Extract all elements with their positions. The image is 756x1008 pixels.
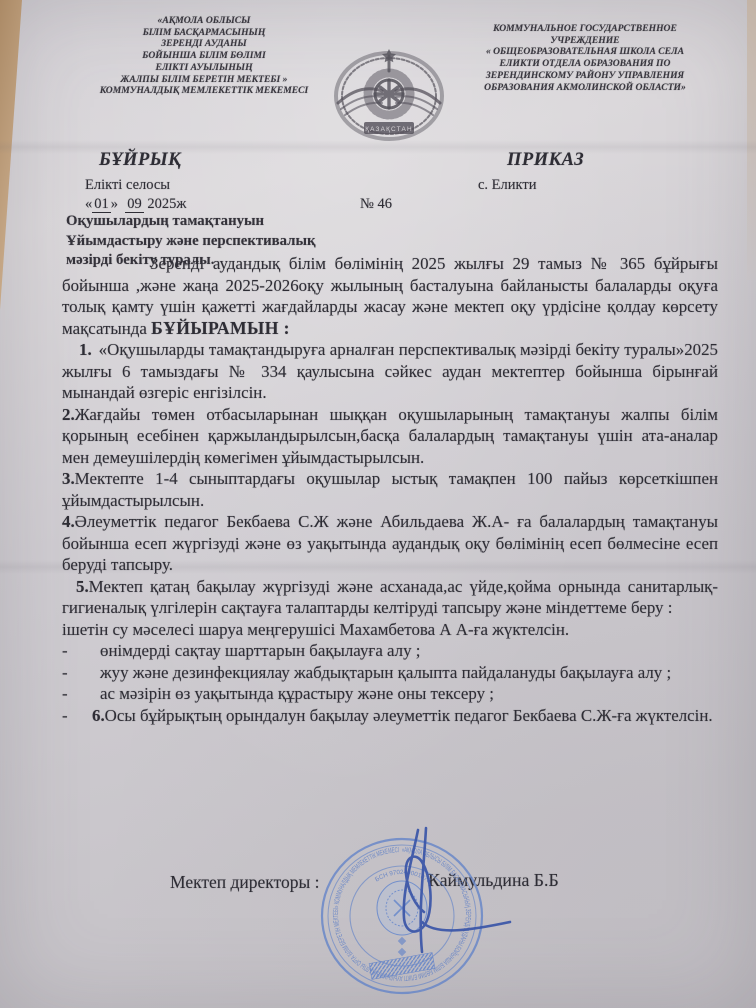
command-word: БҰЙЫРАМЫН : [151, 318, 290, 338]
order-item-1: 1.«Оқушыларды тамақтандыруға арналған пе… [62, 339, 718, 404]
org-line: ЗЕРЕНДИНСКОМУ РАЙОНУ УПРАВЛЕНИЯ [442, 70, 728, 82]
org-line: «АҚМОЛА ОБЛЫСЫ [58, 15, 350, 27]
item-number: 2. [62, 405, 75, 424]
item-number: 5. [76, 577, 89, 596]
dash-item-2: -жуу және дезинфекциялау жабдықтарын қал… [62, 662, 718, 684]
item-number: 3. [62, 469, 75, 488]
intro-paragraph: Зеренді аудандық білім бөлімінің 2025 жы… [62, 253, 718, 339]
kazakhstan-emblem-icon: ҚАЗАҚСТАН [330, 46, 448, 144]
subject-line: Ұйымдастыру және перспективалық [66, 232, 316, 252]
order-date: «01» 09 2025ж [85, 196, 186, 213]
dash-item-1: -өнімдерді сақтау шарттарын бақылауға ал… [62, 640, 718, 662]
order-title-ru: ПРИКАЗ [507, 150, 584, 171]
org-line: ЕЛІКТІ АУЫЛЫНЫҢ [58, 62, 350, 74]
item-text: «Оқушыларды тамақтандыруға арналған перс… [62, 340, 718, 402]
place-kk: Елікті селосы [85, 177, 170, 194]
subject-line: Оқушылардың тамақтануын [66, 212, 316, 232]
signature-role-label: Мектеп директоры : [170, 872, 320, 893]
org-line: БІЛІМ БАСҚАРМАСЫНЫҢ [58, 27, 350, 39]
date-day: 01 [92, 196, 111, 213]
org-line: ЕЛИКТИ ОТДЕЛА ОБРАЗОВАНИЯ ПО [442, 58, 728, 70]
dash-text: жуу және дезинфекциялау жабдықтарын қалы… [100, 663, 671, 682]
org-name-russian: КОММУНАЛЬНОЕ ГОСУДАРСТВЕННОЕ УЧРЕЖДЕНИЕ … [442, 15, 728, 97]
order-item-3: 3.Мектепте 1-4 сыныптардағы оқушылар ыст… [62, 468, 718, 511]
dash-bullet: - [62, 683, 100, 705]
org-line: « ОБЩЕОБРАЗОВАТЕЛЬНАЯ ШКОЛА СЕЛА [442, 46, 728, 58]
item-number: 6. [92, 706, 105, 725]
order-item-6: -6.Осы бұйрықтың орындалун бақылау әлеум… [62, 705, 718, 727]
order-body: Зеренді аудандық білім бөлімінің 2025 жы… [62, 253, 718, 726]
item-number: 4. [62, 512, 75, 531]
item-text: Мектеп қатаң бақылау жүргізуді және асха… [62, 577, 718, 618]
desk-surface-edge-left [0, 0, 22, 310]
date-year: 2025ж [147, 196, 186, 212]
quote-close: » [111, 196, 118, 212]
order-title-kk: БҰЙРЫҚ [99, 150, 181, 171]
dash-bullet: - [62, 640, 100, 662]
org-line: КОММУНАЛДЫҚ МЕМЛЕКЕТТІК МЕКЕМЕСІ [58, 85, 350, 97]
dash-text: өнімдерді сақтау шарттарын бақылауға алу… [100, 641, 420, 660]
desk-surface-edge-right [747, 0, 756, 280]
date-month: 09 [125, 196, 144, 213]
org-line: ОБРАЗОВАНИЯ АКМОЛИНСКОЙ ОБЛАСТИ» [442, 82, 728, 94]
signature-ink [332, 826, 542, 976]
org-line: ЖАЛПЫ БІЛІМ БЕРЕТІН МЕКТЕБІ » [58, 74, 350, 86]
item-text: Жағдайы төмен отбасыларынан шыққан оқушы… [62, 405, 718, 467]
dash-text: ас мәзірін өз уақытында құрастыру және о… [100, 684, 494, 703]
order-item-4: 4.Әлеуметтік педагог Бекбаева С.Ж және А… [62, 511, 718, 576]
order-item-2: 2.Жағдайы төмен отбасыларынан шыққан оқу… [62, 404, 718, 469]
item-text: Әлеуметтік педагог Бекбаева С.Ж және Аби… [62, 512, 718, 574]
item-text: Мектепте 1-4 сыныптардағы оқушылар ыстық… [62, 469, 718, 510]
org-line: КОММУНАЛЬНОЕ ГОСУДАРСТВЕННОЕ [442, 23, 728, 35]
org-line: УЧРЕЖДЕНИЕ [442, 35, 728, 47]
org-name-kazakh: «АҚМОЛА ОБЛЫСЫ БІЛІМ БАСҚАРМАСЫНЫҢ ЗЕРЕН… [58, 15, 350, 97]
org-line: БОЙЫНША БІЛІМ БӨЛІМІ [58, 50, 350, 62]
place-ru: с. Еликти [478, 177, 537, 194]
document-photo: «АҚМОЛА ОБЛЫСЫ БІЛІМ БАСҚАРМАСЫНЫҢ ЗЕРЕН… [0, 0, 756, 1008]
dash-item-3: -ас мәзірін өз уақытында құрастыру және … [62, 683, 718, 705]
dash-bullet: - [62, 705, 92, 727]
order-item-5: 5.Мектеп қатаң бақылау жүргізуді және ас… [62, 576, 718, 619]
org-line: ЗЕРЕНДІ АУДАНЫ [58, 38, 350, 50]
emblem-banner-label: ҚАЗАҚСТАН [365, 126, 413, 133]
order-subitem: ішетін су мәселесі шаруа меңгерушісі Мах… [62, 619, 718, 641]
item-text: Осы бұйрықтың орындалун бақылау әлеуметт… [105, 706, 713, 725]
item-number: 1. [79, 340, 92, 359]
order-number: № 46 [360, 196, 392, 213]
dash-bullet: - [62, 662, 100, 684]
